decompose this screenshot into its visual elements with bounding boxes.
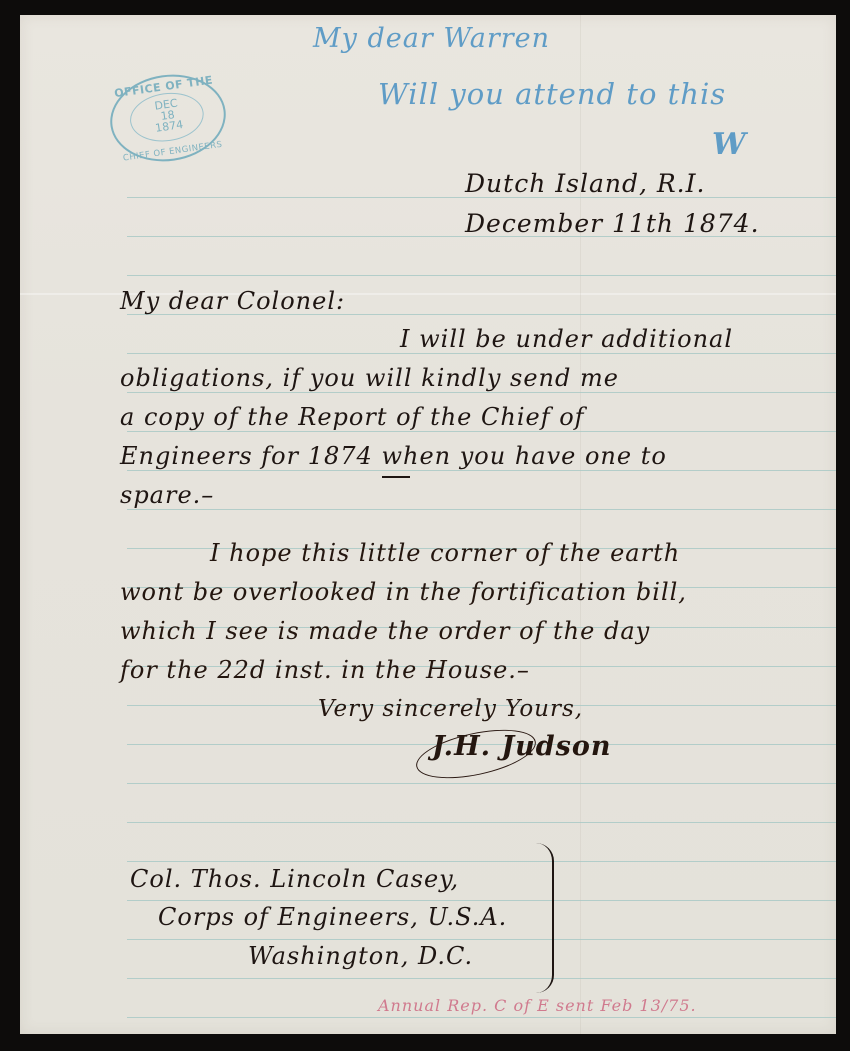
body-line-9: for the 22d inst. in the House.– [120, 656, 530, 684]
salutation: My dear Colonel: [120, 287, 345, 315]
body-line-5: spare.– [120, 481, 214, 509]
ruled-line [127, 509, 836, 510]
ruled-line [127, 861, 836, 862]
blue-annotation-line1: My dear Warren [313, 23, 550, 54]
address-brace [536, 843, 554, 993]
body-line-1: I will be under additional [400, 325, 733, 353]
stamp-date: DEC 18 1874 [110, 91, 226, 139]
ruled-line [127, 783, 836, 784]
paper-vertical-crease [580, 15, 581, 1034]
addressee-line2: Corps of Engineers, U.S.A. [158, 903, 507, 931]
ruled-line [127, 392, 836, 393]
ruled-line [127, 939, 836, 940]
blue-annotation-initials: W [712, 127, 747, 162]
blue-annotation-line2: Will you attend to this [378, 77, 726, 111]
letter-date: December 11th 1874. [465, 209, 760, 238]
ruled-line [127, 353, 836, 354]
body-line-7: wont be overlooked in the fortification … [120, 578, 687, 606]
red-annotation: Annual Rep. C of E sent Feb 13/75. [378, 996, 697, 1015]
ruled-line [127, 275, 836, 276]
body-line-6: I hope this little corner of the earth [210, 539, 680, 567]
letter-paper: OFFICE OF THE DEC 18 1874 CHIEF OF ENGIN… [20, 15, 836, 1034]
body-line-3: a copy of the Report of the Chief of [120, 403, 585, 431]
ruled-line [127, 470, 836, 471]
addressee-line1: Col. Thos. Lincoln Casey, [130, 865, 459, 893]
body-line-4: Engineers for 1874 when you have one to [120, 442, 667, 470]
body-line-8: which I see is made the order of the day [120, 617, 650, 645]
ruled-line [127, 900, 836, 901]
addressee-line3: Washington, D.C. [248, 942, 473, 970]
ruled-line [127, 431, 836, 432]
received-stamp: OFFICE OF THE DEC 18 1874 CHIEF OF ENGIN… [105, 67, 232, 168]
ruled-line [127, 822, 836, 823]
year-underline [382, 476, 410, 478]
stamp-bottom-text: CHIEF OF ENGINEERS [117, 139, 229, 164]
ruled-line [127, 1017, 836, 1018]
letter-place: Dutch Island, R.I. [465, 169, 705, 198]
signature: J.H. Judson [432, 731, 612, 762]
closing: Very sincerely Yours, [318, 696, 583, 722]
body-line-2: obligations, if you will kindly send me [120, 364, 619, 392]
ruled-line [127, 978, 836, 979]
